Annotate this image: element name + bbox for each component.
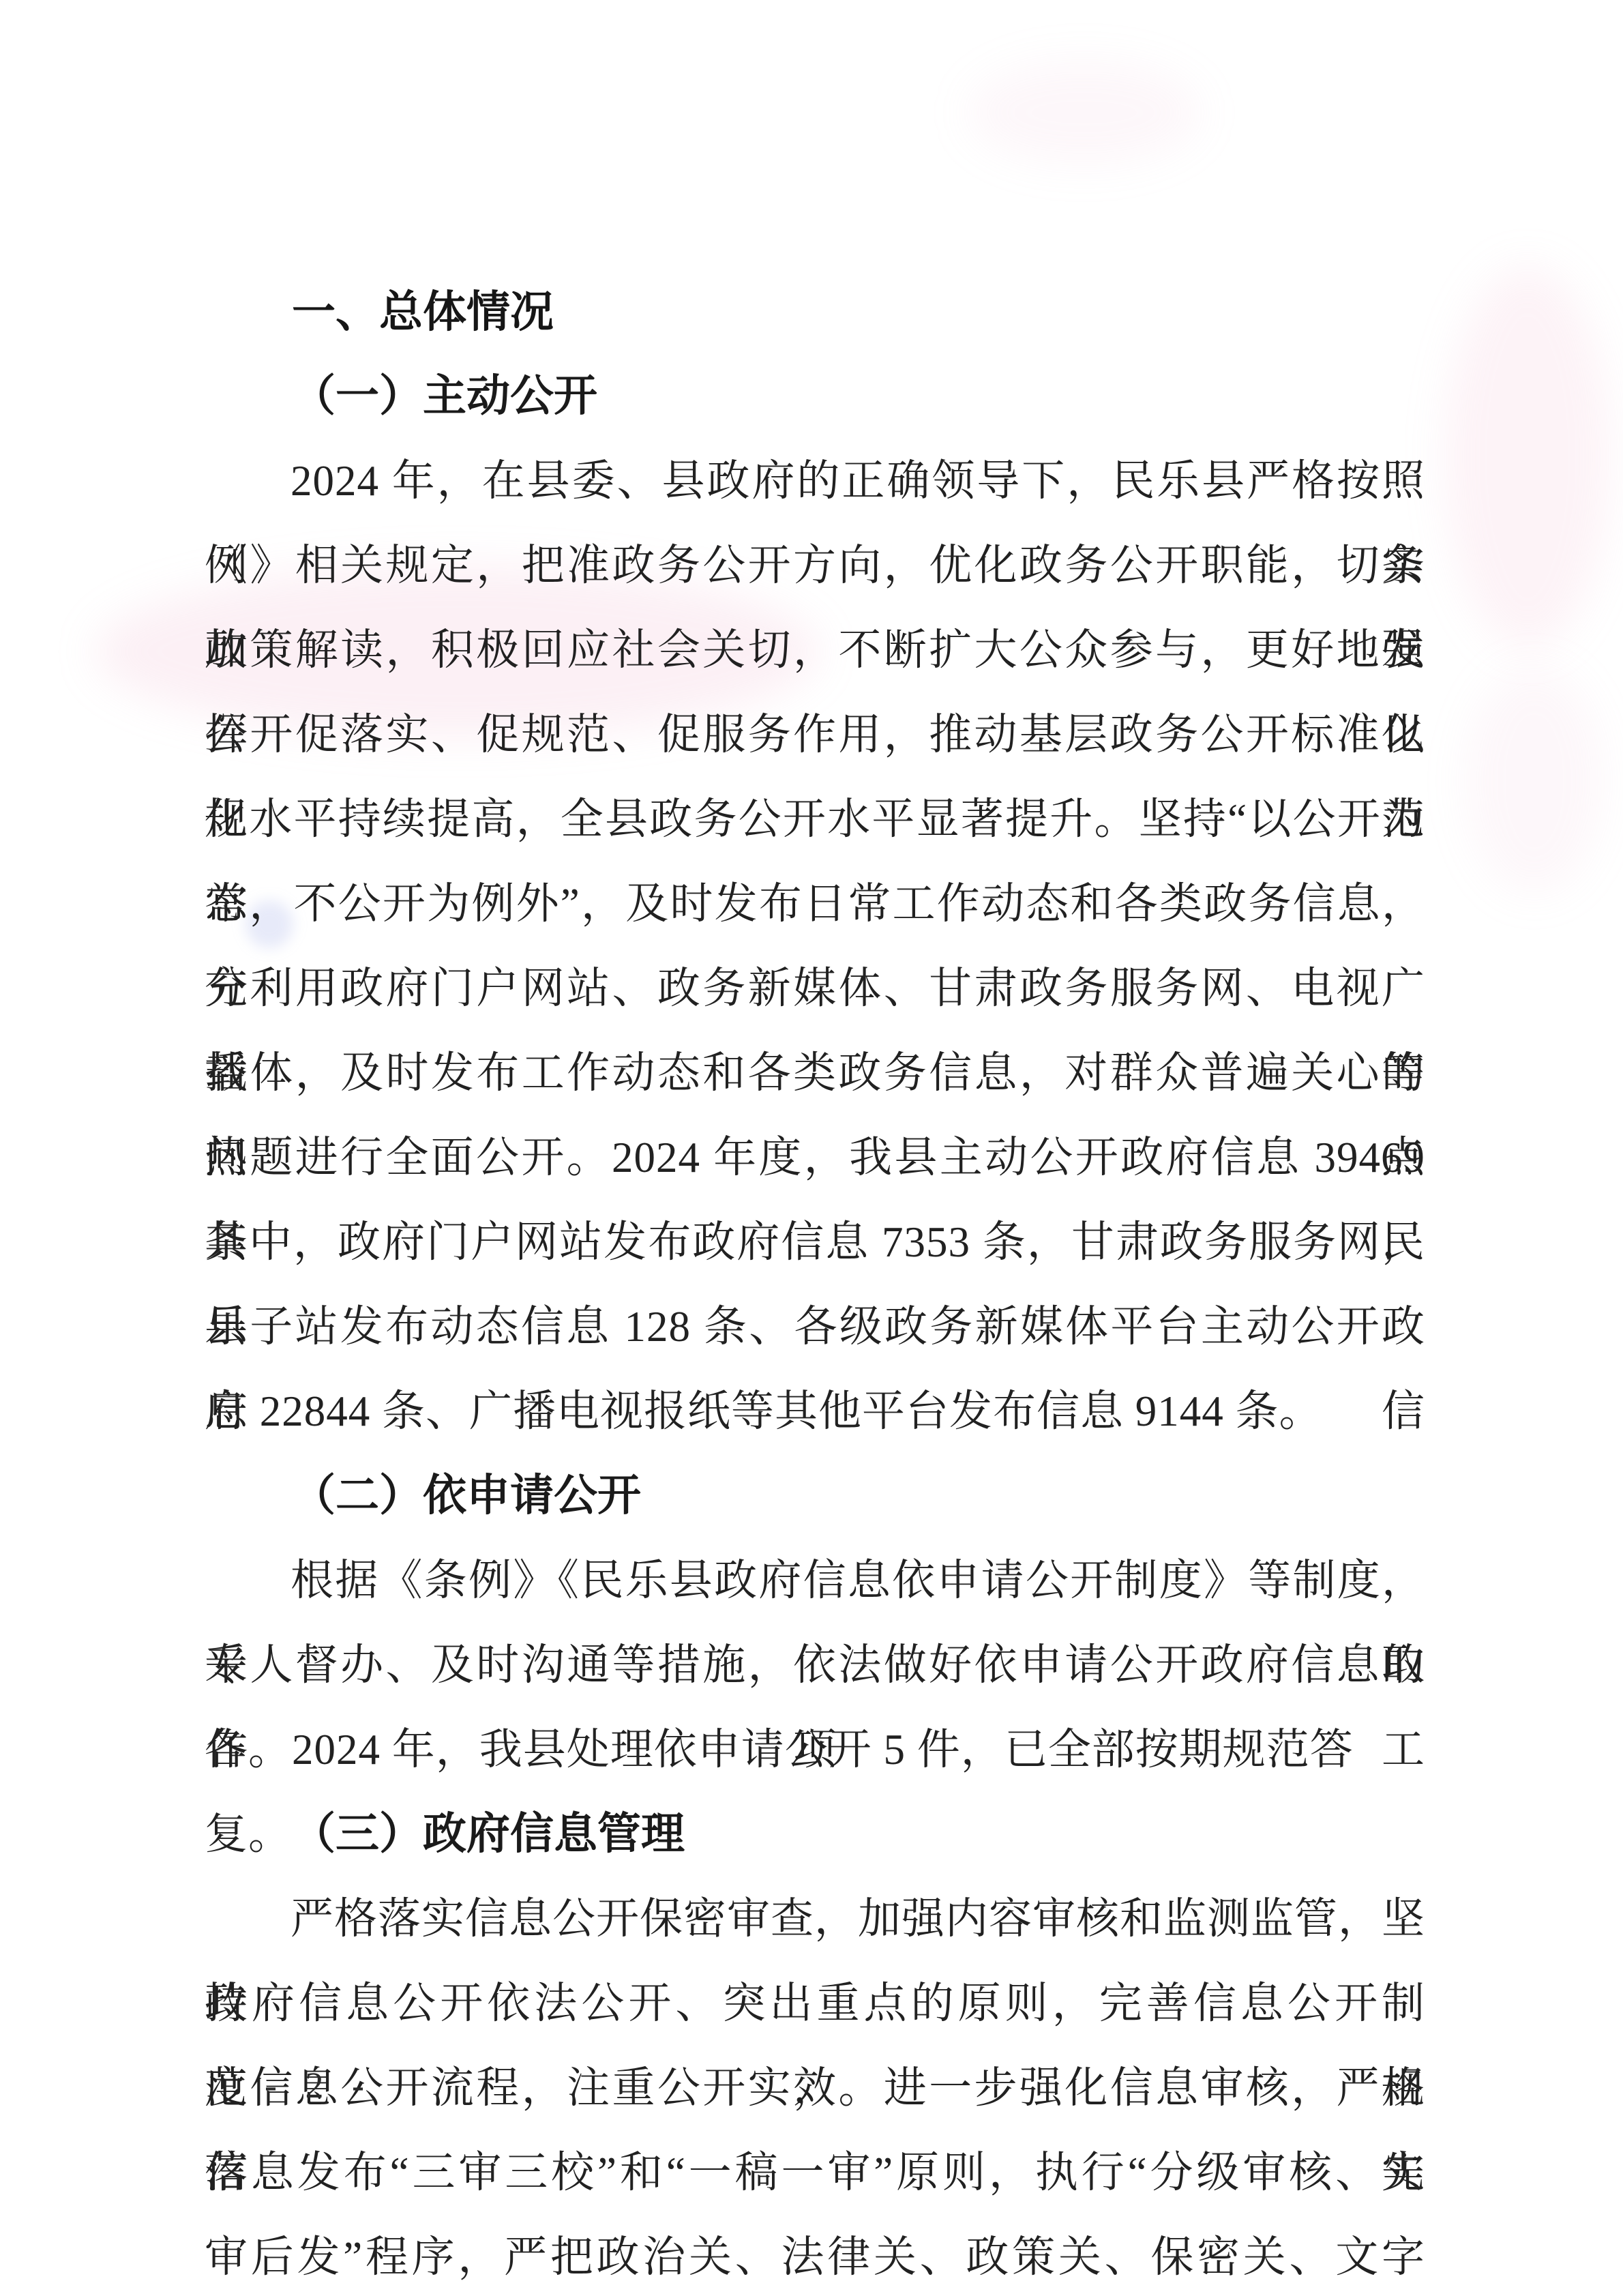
section-heading: 一、总体情况 xyxy=(205,269,1425,354)
body-line: 作。2024 年，我县处理依申请公开 5 件，已全部按期规范答复。 xyxy=(205,1707,1425,1792)
body-line: 公开促落实、促规范、促服务作用，推动基层政务公开标准化规范 xyxy=(205,692,1425,777)
body-line: 政策解读，积极回应社会关切，不断扩大公众参与，更好地发挥以 xyxy=(205,608,1425,692)
scanned-document-page: 一、总体情况（一）主动公开2024 年，在县委、县政府的正确领导下，民乐县严格按… xyxy=(0,0,1623,2296)
scan-smudge xyxy=(968,61,1200,164)
scan-smudge xyxy=(1446,266,1609,648)
body-line: 化水平持续提高，全县政务公开水平显著提升。坚持“以公开为常 xyxy=(205,777,1425,862)
body-line: 问题进行全面公开。2024 年度，我县主动公开政府信息 39469 条， xyxy=(205,1115,1425,1200)
scan-smudge xyxy=(1466,668,1603,894)
body-line: 2024 年，在县委、县政府的正确领导下，民乐县严格按照《条 xyxy=(205,439,1425,523)
body-line: 根据《条例》《民乐县政府信息依申请公开制度》等制度，采取 xyxy=(205,1538,1425,1623)
body-line: 例》相关规定，把准政务公开方向，优化政务公开职能，切实加强 xyxy=(205,523,1425,608)
body-line: 审后发”程序，严把政治关、法律关、政策关、保密关、文字关， xyxy=(205,2215,1425,2296)
body-line: 态，不公开为例外”，及时发布日常工作动态和各类政务信息，充 xyxy=(205,862,1425,946)
body-line: 政府信息公开依法公开、突出重点的原则，完善信息公开制度，规 xyxy=(205,1961,1425,2046)
page-number: - 2 - xyxy=(265,2061,374,2109)
body-line: 专人督办、及时沟通等措施，依法做好依申请公开政府信息的各项工 xyxy=(205,1623,1425,1707)
body-line: 县子站发布动态信息 128 条、各级政务新媒体平台主动公开政府信 xyxy=(205,1284,1425,1369)
body-line: 信息发布“三审三校”和“一稿一审”原则，执行“分级审核、先 xyxy=(205,2130,1425,2215)
body-line: 范信息公开流程，注重公开实效。进一步强化信息审核，严格落实 xyxy=(205,2046,1425,2130)
body-line: 严格落实信息公开保密审查，加强内容审核和监测监管，坚持 xyxy=(205,1876,1425,1961)
body-line: 载体，及时发布工作动态和各类政务信息，对群众普遍关心的热点 xyxy=(205,1031,1425,1115)
document-body: 一、总体情况（一）主动公开2024 年，在县委、县政府的正确领导下，民乐县严格按… xyxy=(205,269,1425,2296)
subsection-heading: （一）主动公开 xyxy=(205,354,1425,439)
body-line: 其中，政府门户网站发布政府信息 7353 条，甘肃政务服务网民乐 xyxy=(205,1200,1425,1284)
body-line: 分利用政府门户网站、政务新媒体、甘肃政务服务网、电视广播等 xyxy=(205,946,1425,1031)
subsection-heading: （三）政府信息管理 xyxy=(205,1792,1425,1876)
subsection-heading: （二）依申请公开 xyxy=(205,1454,1425,1538)
body-line: 息 22844 条、广播电视报纸等其他平台发布信息 9144 条。 xyxy=(205,1369,1425,1454)
